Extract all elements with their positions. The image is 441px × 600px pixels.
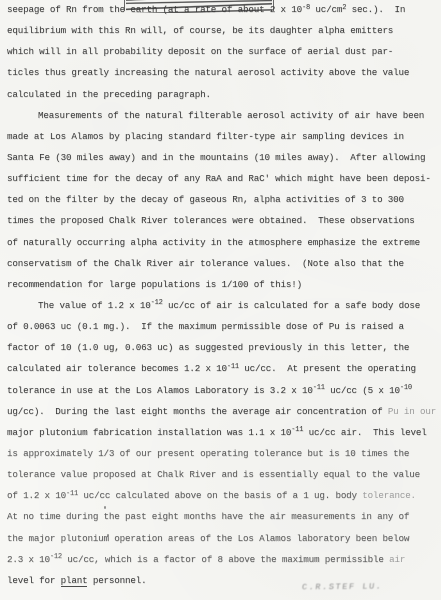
text-line: is approximately 1/3 of our present oper… <box>7 448 441 469</box>
text-segment: of 0.0063 uc (0.1 mg.). If the maximum p… <box>7 321 404 332</box>
text-segment-sup: -11 <box>66 490 78 498</box>
text-segment: calculated in the preceding paragraph. <box>7 89 211 100</box>
text-segment: uc/cc, which is a factor of 8 above the … <box>62 554 384 565</box>
text-segment: the major plutonium operation areas of t… <box>7 533 409 544</box>
text-segment: uc/cc calculated above on the basis of a… <box>78 490 362 501</box>
text-segment: At no time during the past eight months … <box>7 511 409 522</box>
text-line: The value of 1.2 x 10-12 uc/cc of air is… <box>7 300 441 321</box>
text-segment-sup: 2 <box>342 4 346 12</box>
text-line: ted on the filter by the decay of gaseou… <box>7 194 441 215</box>
document-page: seepage of Rn from the earth (at a rate … <box>0 0 441 600</box>
text-segment: ug/cc). During the last eight months the… <box>7 406 388 417</box>
text-line: the major plutonium operation areas of t… <box>7 533 441 554</box>
text-segment: level for <box>7 575 61 586</box>
text-segment: Santa Fe (30 miles away) and in the moun… <box>7 152 425 163</box>
text-segment: sec.). In <box>346 4 405 15</box>
text-line: of 1.2 x 10-11 uc/cc calculated above on… <box>7 490 441 511</box>
text-segment-sup: -12 <box>151 299 163 307</box>
text-segment: seepage of Rn from the <box>7 4 130 15</box>
text-segment: uc/cc. At present the operating <box>239 363 416 374</box>
text-line: conservatism of the Chalk River air tole… <box>7 258 441 279</box>
text-line: recommendation for large populations is … <box>7 279 441 300</box>
text-line: tolerance value proposed at Chalk River … <box>7 469 441 490</box>
text-line: 2.3 x 10-12 uc/cc, which is a factor of … <box>7 554 441 575</box>
text-segment: uc/cm <box>310 4 342 15</box>
text-line: made at Los Alamos by placing standard f… <box>7 131 441 152</box>
text-line: Measurements of the natural filterable a… <box>7 110 441 131</box>
text-line: equilibrium with this Rn will, of course… <box>7 25 441 46</box>
scan-speck <box>107 534 109 537</box>
text-segment: Measurements of the natural filterable a… <box>38 110 424 121</box>
text-segment: is approximately 1/3 of our present oper… <box>7 448 409 459</box>
typewritten-text-block: seepage of Rn from the earth (at a rate … <box>7 4 441 596</box>
text-segment: personnel. <box>87 575 146 586</box>
text-line: calculated air tolerance becomes 1.2 x 1… <box>7 363 441 384</box>
text-segment: times the proposed Chalk River tolerance… <box>7 215 415 226</box>
text-line: calculated in the preceding paragraph. <box>7 89 441 110</box>
text-line: of naturally occurring alpha activity in… <box>7 237 441 258</box>
text-segment-sup: -12 <box>50 553 62 561</box>
text-segment: 2 x 10 <box>264 4 302 15</box>
text-segment: tolerance value proposed at Chalk River … <box>7 469 420 480</box>
text-segment: calculated air tolerance becomes 1.2 x 1… <box>7 363 227 374</box>
text-segment-hand-underline: plant <box>61 575 88 588</box>
text-segment: recommendation for large populations is … <box>7 279 302 290</box>
text-segment: factor of 10 (1.0 ug, 0.063 uc) as sugge… <box>7 342 409 353</box>
text-segment: uc/cc air. This level <box>303 427 426 438</box>
text-segment: major plutonium fabrication installation… <box>7 427 291 438</box>
text-segment: of 1.2 x 10 <box>7 490 66 501</box>
text-line: major plutonium fabrication installation… <box>7 427 441 448</box>
text-segment: uc/cc (5 x 10 <box>325 385 400 396</box>
text-segment-faint: tolerance. <box>362 490 416 501</box>
text-line: times the proposed Chalk River tolerance… <box>7 215 441 236</box>
text-segment-sup: -11 <box>313 384 325 392</box>
text-line: which will in all probability deposit on… <box>7 46 441 67</box>
text-line: sufficient time for the decay of any RaA… <box>7 173 441 194</box>
text-segment-faint: air <box>384 554 405 565</box>
text-segment: conservatism of the Chalk River air tole… <box>7 258 404 269</box>
text-segment: which will in all probability deposit on… <box>7 46 393 57</box>
text-segment: equilibrium with this Rn will, of course… <box>7 25 393 36</box>
text-line: ug/cc). During the last eight months the… <box>7 406 441 427</box>
text-line: Santa Fe (30 miles away) and in the moun… <box>7 152 441 173</box>
text-segment-sup: -11 <box>291 426 303 434</box>
text-segment: sufficient time for the decay of any RaA… <box>7 173 431 184</box>
text-segment: ted on the filter by the decay of gaseou… <box>7 194 404 205</box>
text-segment: ticles thus greatly increasing the natur… <box>7 67 409 78</box>
text-segment: made at Los Alamos by placing standard f… <box>7 131 404 142</box>
text-line: of 0.0063 uc (0.1 mg.). If the maximum p… <box>7 321 441 342</box>
text-segment-faint: Pu in our <box>388 406 436 417</box>
text-segment: The value of 1.2 x 10 <box>38 300 151 311</box>
text-segment: of naturally occurring alpha activity in… <box>7 237 420 248</box>
text-segment-sup: -10 <box>400 384 412 392</box>
text-line: factor of 10 (1.0 ug, 0.063 uc) as sugge… <box>7 342 441 363</box>
text-segment: 2.3 x 10 <box>7 554 50 565</box>
text-segment-sup: -8 <box>302 4 310 12</box>
illegible-stamp: C.R.STEF LU. <box>301 582 383 593</box>
text-line: At no time during the past eight months … <box>7 511 441 532</box>
text-segment-struck: earth (at a rate of about <box>130 4 264 15</box>
text-line: tolerance in use at the Los Alamos Labor… <box>7 385 441 406</box>
text-segment: tolerance in use at the Los Alamos Labor… <box>7 385 313 396</box>
text-segment: uc/cc of air is calculated for a safe bo… <box>163 300 420 311</box>
text-line: seepage of Rn from the earth (at a rate … <box>7 4 441 25</box>
text-line: ticles thus greatly increasing the natur… <box>7 67 441 88</box>
text-segment-sup: -11 <box>227 363 239 371</box>
scan-speck <box>104 506 106 509</box>
